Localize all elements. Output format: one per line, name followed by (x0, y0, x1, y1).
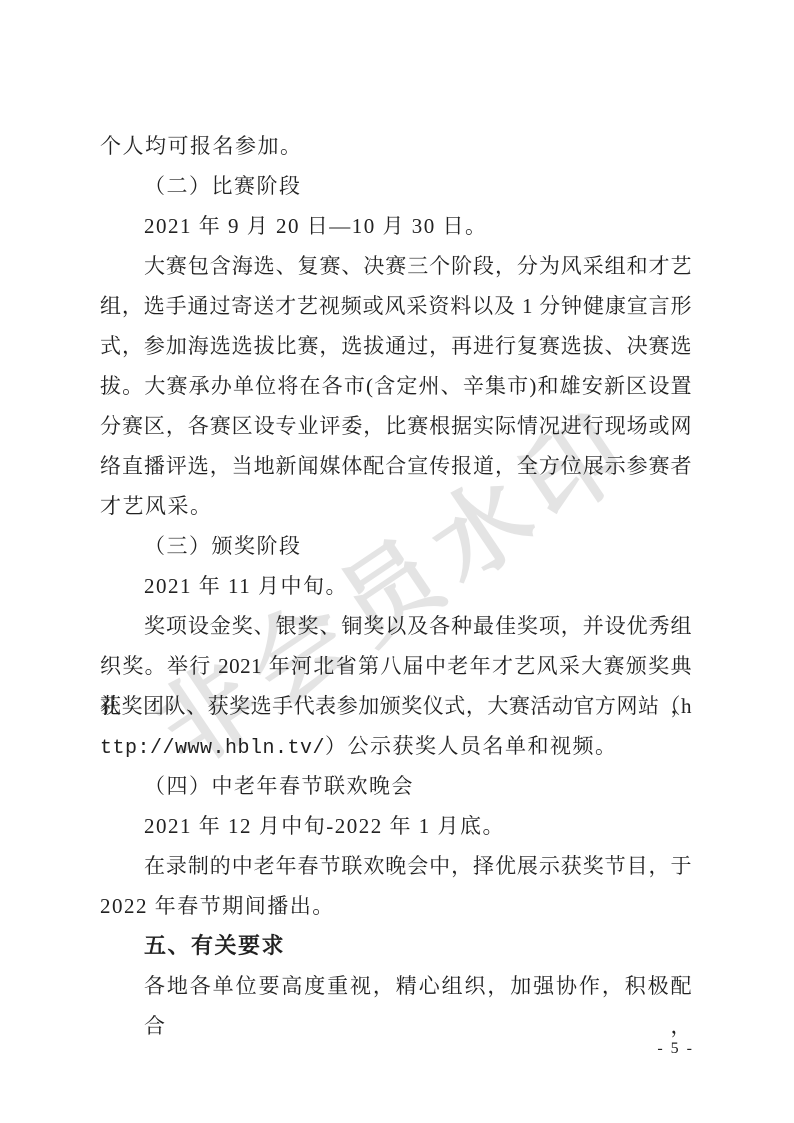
text-line: 2021 年 9 月 20 日—10 月 30 日。 (100, 206, 692, 246)
text-line: 才艺风采。 (100, 486, 692, 526)
text-line: 个人均可报名参加。 (100, 126, 692, 166)
text-segment: 才艺风采。 (100, 494, 213, 518)
text-line: 获奖团队、获奖选手代表参加颁奖仪式，大赛活动官方网站（h (100, 686, 692, 726)
text-line: 2021 年 12 月中旬-2022 年 1 月底。 (100, 806, 692, 846)
text-line: （三）颁奖阶段 (100, 526, 692, 566)
text-segment: 各地各单位要高度重视，精心组织，加强协作，积极配合， (144, 974, 692, 1038)
text-line: 组，选手通过寄送才艺视频或风采资料以及 1 分钟健康宣言形 (100, 286, 692, 326)
text-line: 各地各单位要高度重视，精心组织，加强协作，积极配合， (100, 966, 692, 1006)
text-segment: 个人均可报名参加。 (100, 134, 303, 158)
text-line: 2021 年 11 月中旬。 (100, 566, 692, 606)
text-line: 拔。大赛承办单位将在各市(含定州、辛集市)和雄安新区设置 (100, 366, 692, 406)
text-segment: 在录制的中老年春节联欢晚会中，择优展示获奖节目，于 (144, 854, 692, 878)
text-segment: 获奖团队、获奖选手代表参加颁奖仪式，大赛活动官方网站（h (100, 694, 692, 718)
text-segment: 式，参加海选选拔比赛，选拔通过，再进行复赛选拔、决赛选 (100, 334, 692, 358)
text-line: 织奖。举行 2021 年河北省第八届中老年才艺风采大赛颁奖典礼， (100, 646, 692, 686)
text-segment: 2021 年 12 月中旬-2022 年 1 月底。 (144, 814, 505, 838)
text-segment: 络直播评选，当地新闻媒体配合宣传报道，全方位展示参赛者 (100, 454, 692, 478)
text-segment: 大赛包含海选、复赛、决赛三个阶段，分为风采组和才艺 (144, 254, 692, 278)
text-segment: 奖项设金奖、银奖、铜奖以及各种最佳奖项，并设优秀组 (144, 614, 692, 638)
page-number: - 5 - (657, 1040, 694, 1058)
url-text: ttp://www.hbln.tv/ (100, 737, 325, 760)
text-segment: 组，选手通过寄送才艺视频或风采资料以及 1 分钟健康宣言形 (100, 294, 692, 318)
text-segment: （三）颁奖阶段 (144, 534, 302, 558)
text-segment: （二）比赛阶段 (144, 174, 302, 198)
text-line: 络直播评选，当地新闻媒体配合宣传报道，全方位展示参赛者 (100, 446, 692, 486)
text-line: （四）中老年春节联欢晚会 (100, 766, 692, 806)
text-line: （二）比赛阶段 (100, 166, 692, 206)
text-segment: 2021 年 9 月 20 日—10 月 30 日。 (144, 214, 488, 238)
text-segment: 拔。大赛承办单位将在各市(含定州、辛集市)和雄安新区设置 (100, 374, 692, 398)
text-line: 式，参加海选选拔比赛，选拔通过，再进行复赛选拔、决赛选 (100, 326, 692, 366)
document-body: 个人均可报名参加。（二）比赛阶段2021 年 9 月 20 日—10 月 30 … (100, 126, 692, 1006)
text-segment: 2022 年春节期间播出。 (100, 894, 335, 918)
text-line: 2022 年春节期间播出。 (100, 886, 692, 926)
text-segment: 2021 年 11 月中旬。 (144, 574, 348, 598)
text-line: 大赛包含海选、复赛、决赛三个阶段，分为风采组和才艺 (100, 246, 692, 286)
document-page: 非会员水印 个人均可报名参加。（二）比赛阶段2021 年 9 月 20 日—10… (0, 0, 794, 1123)
text-line: 分赛区，各赛区设专业评委，比赛根据实际情况进行现场或网 (100, 406, 692, 446)
text-segment: 分赛区，各赛区设专业评委，比赛根据实际情况进行现场或网 (100, 414, 692, 438)
text-segment: 五、有关要求 (144, 933, 285, 958)
text-line: 在录制的中老年春节联欢晚会中，择优展示获奖节目，于 (100, 846, 692, 886)
text-segment: ）公示获奖人员名单和视频。 (325, 734, 618, 758)
section-heading: 五、有关要求 (100, 926, 692, 966)
text-line: ttp://www.hbln.tv/）公示获奖人员名单和视频。 (100, 726, 692, 766)
text-segment: （四）中老年春节联欢晚会 (144, 774, 414, 798)
text-line: 奖项设金奖、银奖、铜奖以及各种最佳奖项，并设优秀组 (100, 606, 692, 646)
